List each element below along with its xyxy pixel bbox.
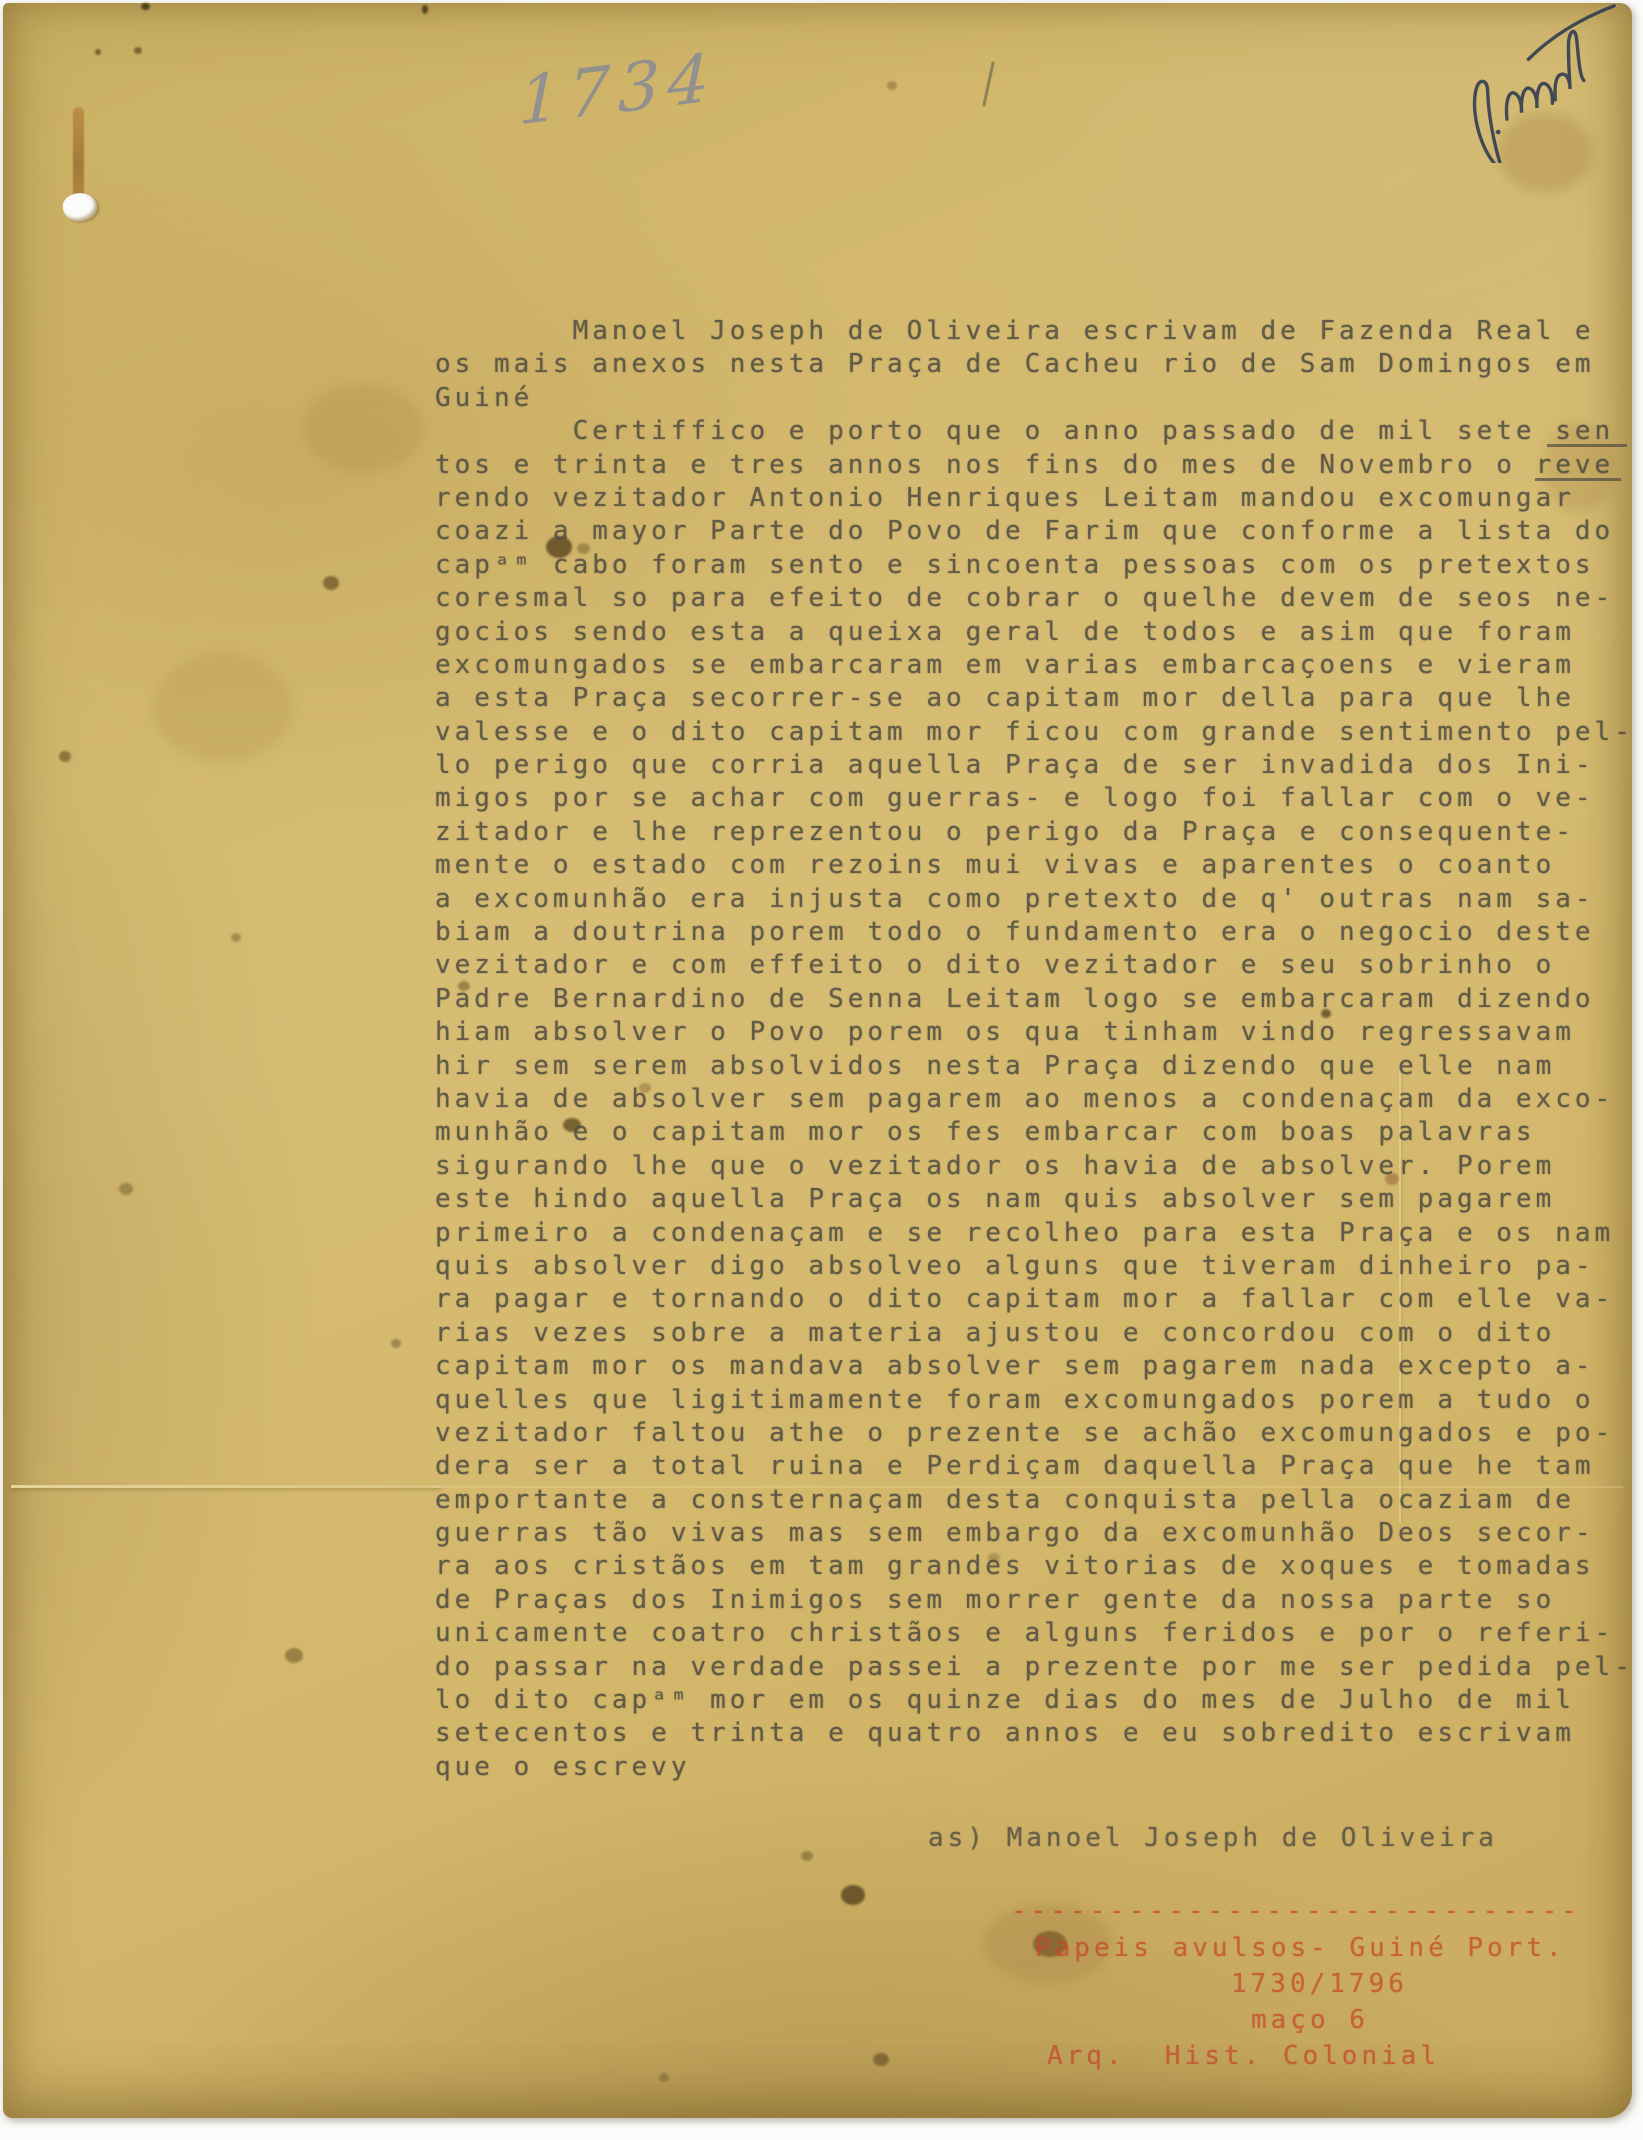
typed-text-line: a esta Praça secorrer-se ao capitam mor … (435, 682, 1634, 715)
typed-text-line: migos por se achar com guerras- e logo f… (435, 782, 1634, 815)
typed-text-line: setecentos e trinta e quatro annos e eu … (435, 1717, 1634, 1750)
stain (801, 1851, 813, 1861)
stain (119, 1183, 133, 1195)
typed-text-line: capitam mor os mandava absolver sem paga… (435, 1350, 1634, 1383)
stamp-bundle: maço 6 (1251, 2005, 1369, 2035)
typed-text-line: mente o estado com rezoins mui vivas e a… (435, 849, 1634, 882)
stamp-dashed-line: ----------------------------- (1011, 1896, 1581, 1926)
stain (134, 47, 142, 54)
stain (141, 3, 150, 10)
stain (153, 653, 293, 763)
typed-text-line: primeiro a condenaçam e se recolheo para… (435, 1217, 1634, 1250)
typed-text-line: capᵃᵐ cabo foram sento e sincoenta pesso… (435, 549, 1634, 582)
typed-text-line: coresmal so para efeito de cobrar o quel… (435, 582, 1634, 615)
typed-text-line: coazi a mayor Parte do Povo de Farim que… (435, 515, 1634, 548)
typed-text-line: de Praças dos Inimigos sem morrer gente … (435, 1584, 1634, 1617)
stain (391, 1339, 401, 1348)
stamp-collection: Papeis avulsos- Guiné Port. (1035, 1933, 1566, 1963)
typed-text-line: ra pagar e tornando o dito capitam mor a… (435, 1283, 1634, 1316)
typed-signature-line: as) Manoel Joseph de Oliveira (928, 1823, 1498, 1853)
typed-text-line: lo dito capᵃᵐ mor em os quinze dias do m… (435, 1684, 1634, 1717)
stamp-archive-name: Arq. Hist. Colonial (1047, 2041, 1440, 2071)
rust-mark (73, 107, 84, 205)
typed-text-line: vezitador faltou athe o prezente se achã… (435, 1417, 1634, 1450)
stain (323, 576, 339, 590)
handwritten-year: 1734 (518, 38, 718, 140)
stain (422, 5, 428, 14)
paper-hole (60, 189, 100, 224)
typed-text-line: hiam absolver o Povo porem os qua tinham… (435, 1016, 1634, 1049)
typed-text-line: biam a doutrina porem todo o fundamento … (435, 916, 1634, 949)
stain (303, 383, 423, 473)
typed-text-line: havia de absolver sem pagarem ao menos a… (435, 1083, 1634, 1116)
typed-text-line: rias vezes sobre a materia ajustou e con… (435, 1317, 1634, 1350)
paper-sheet: 1734 Manoel Joseph de Oliveira escrivam … (3, 3, 1632, 2118)
typed-text-line: que o escrevy (435, 1751, 1634, 1784)
typed-text-line: excomungados se embarcaram em varias emb… (435, 649, 1634, 682)
stain (659, 2073, 669, 2082)
handwritten-signature (1439, 3, 1643, 163)
typed-text-line: vezitador e com effeito o dito vezitador… (435, 949, 1634, 982)
typed-text-line: ra aos cristãos em tam grandes vitorias … (435, 1550, 1634, 1583)
typed-text-line: a excomunhão era injusta como pretexto d… (435, 883, 1634, 916)
typed-text-line: sigurando lhe que o vezitador os havia d… (435, 1150, 1634, 1183)
continuation-underline (1535, 478, 1621, 481)
typed-text-line: unicamente coatro christãos e alguns fer… (435, 1617, 1634, 1650)
typed-text-line: rendo vezitador Antonio Henriques Leitam… (435, 482, 1634, 515)
scanned-document-page: 1734 Manoel Joseph de Oliveira escrivam … (0, 0, 1643, 2140)
typed-text-line: do passar na verdade passei a prezente p… (435, 1651, 1634, 1684)
typed-text-line: os mais anexos nesta Praça de Cacheu rio… (435, 348, 1634, 381)
fold-crease (11, 1485, 441, 1488)
stain (873, 2053, 889, 2066)
pen-stroke-mark (982, 61, 994, 107)
typed-text-line: dera ser a total ruina e Perdiçam daquel… (435, 1450, 1634, 1483)
stain (285, 1648, 303, 1663)
typed-text-line: zitador e lhe reprezentou o perigo da Pr… (435, 816, 1634, 849)
typed-text-line: guerras tão vivas mas sem embargo da exc… (435, 1517, 1634, 1550)
typed-text-line: quis absolver digo absolveo alguns que t… (435, 1250, 1634, 1283)
typed-text-line: tos e trinta e tres annos nos fins do me… (435, 449, 1634, 482)
typed-text-line: Certiffico e porto que o anno passado de… (435, 415, 1634, 448)
typed-text-line: valesse e o dito capitam mor ficou com g… (435, 716, 1634, 749)
typed-text-line: quelles que ligitimamente foram excomung… (435, 1384, 1634, 1417)
stamp-date-range: 1730/1796 (1231, 1969, 1408, 1999)
typed-text-line: Guiné (435, 382, 1634, 415)
stain (841, 1885, 865, 1905)
typed-text-line: Padre Bernardino de Senna Leitam logo se… (435, 983, 1634, 1016)
stain (231, 933, 241, 942)
typed-text-line: hir sem serem absolvidos nesta Praça diz… (435, 1050, 1634, 1083)
stain (887, 81, 897, 90)
typed-text-line: emportante a consternaçam desta conquist… (435, 1484, 1634, 1517)
typed-text-line: Manoel Joseph de Oliveira escrivam de Fa… (435, 315, 1634, 348)
typed-text-line: lo perigo que corria aquella Praça de se… (435, 749, 1634, 782)
typed-text-line: gocios sendo esta a queixa geral de todo… (435, 616, 1634, 649)
stain (95, 49, 101, 55)
typed-text-line: munhão e o capitam mor os fes embarcar c… (435, 1116, 1634, 1149)
typed-text-line: este hindo aquella Praça os nam quis abs… (435, 1183, 1634, 1216)
typed-text-block: Manoel Joseph de Oliveira escrivam de Fa… (435, 315, 1634, 1784)
stain (59, 751, 71, 762)
continuation-underline (1547, 444, 1627, 447)
